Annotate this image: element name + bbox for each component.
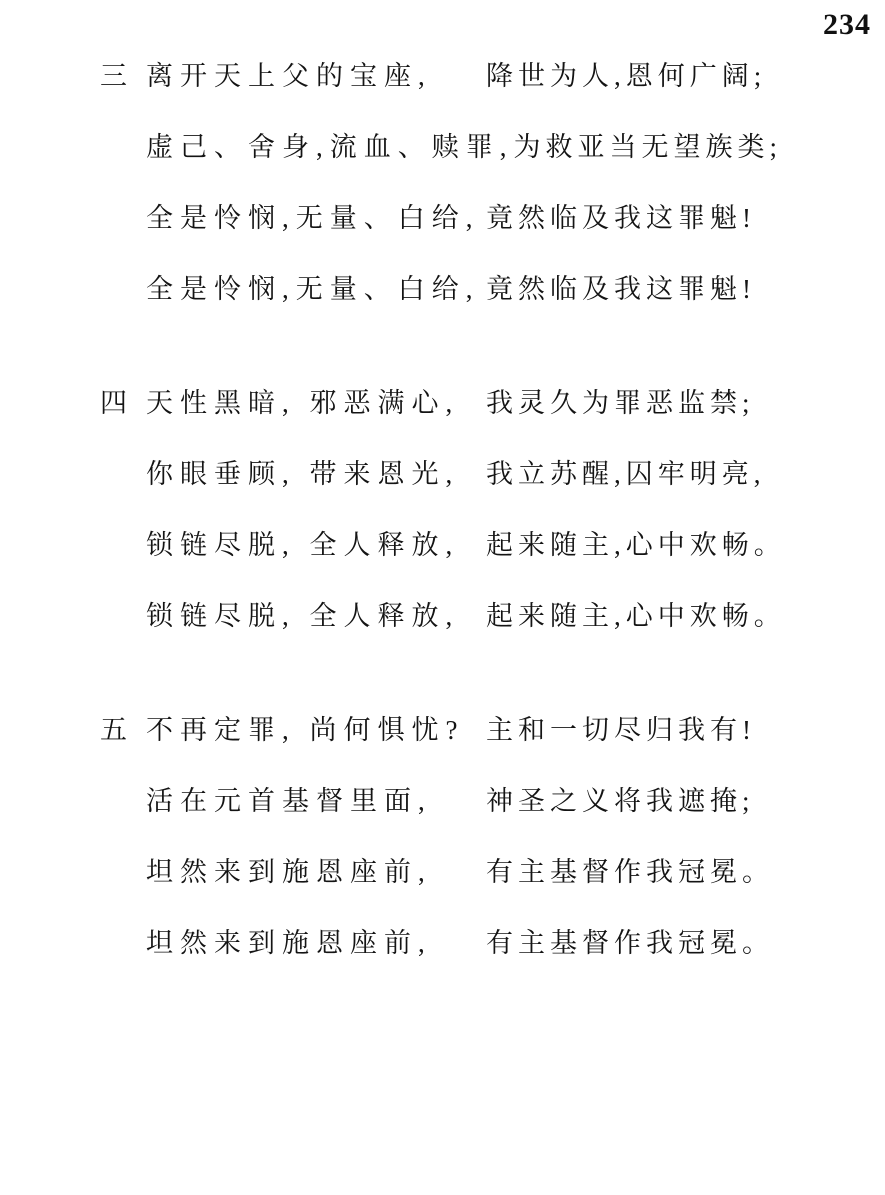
- verse-line: 锁链尽脱, 全人释放, 起来随主,心中欢畅。: [146, 596, 825, 636]
- verse-left-text: 锁链尽脱, 全人释放,: [146, 525, 486, 565]
- verse-right-text: 有主基督作我冠冕。: [486, 852, 825, 892]
- verse-right-text: 我立苏醒,囚牢明亮,: [486, 454, 825, 494]
- verse-right-text: 降世为人,恩何广阔;: [486, 56, 825, 96]
- verse-line: 全是怜悯,无量、白给, 竟然临及我这罪魁!: [146, 269, 825, 309]
- verse-right-text: 我灵久为罪恶监禁;: [486, 383, 825, 423]
- verse-line: 锁链尽脱, 全人释放, 起来随主,心中欢畅。: [146, 525, 825, 596]
- stanza-number: 四: [100, 383, 146, 423]
- verse-left-text: 虚己、舍身,流血、赎罪,: [146, 127, 514, 167]
- verse-left-text: 天性黑暗, 邪恶满心,: [146, 383, 486, 423]
- stanza-lines: 天性黑暗, 邪恶满心, 我灵久为罪恶监禁; 你眼垂顾, 带来恩光, 我立苏醒,囚…: [146, 383, 825, 636]
- stanza-number: 三: [100, 56, 146, 96]
- verse-line: 坦然来到施恩座前, 有主基督作我冠冕。: [146, 923, 825, 963]
- page-number: 234: [823, 8, 871, 42]
- verse-line: 离开天上父的宝座, 降世为人,恩何广阔;: [146, 56, 825, 127]
- verse-line: 不再定罪, 尚何惧忧? 主和一切尽归我有!: [146, 710, 825, 781]
- verse-line: 你眼垂顾, 带来恩光, 我立苏醒,囚牢明亮,: [146, 454, 825, 525]
- verse-left-text: 活在元首基督里面,: [146, 781, 486, 821]
- verse-left-text: 全是怜悯,无量、白给,: [146, 198, 486, 238]
- verse-left-text: 锁链尽脱, 全人释放,: [146, 596, 486, 636]
- verse-right-text: 主和一切尽归我有!: [486, 710, 825, 750]
- verse-left-text: 坦然来到施恩座前,: [146, 923, 486, 963]
- stanza-lines: 不再定罪, 尚何惧忧? 主和一切尽归我有! 活在元首基督里面, 神圣之义将我遮掩…: [146, 710, 825, 963]
- verse-line: 坦然来到施恩座前, 有主基督作我冠冕。: [146, 852, 825, 923]
- stanza-lines: 离开天上父的宝座, 降世为人,恩何广阔; 虚己、舍身,流血、赎罪, 为救亚当无望…: [146, 56, 825, 309]
- stanza-number: 五: [100, 710, 146, 750]
- verse-line: 全是怜悯,无量、白给, 竟然临及我这罪魁!: [146, 198, 825, 269]
- verse-line: 虚己、舍身,流血、赎罪, 为救亚当无望族类;: [146, 127, 825, 198]
- verse-right-text: 起来随主,心中欢畅。: [486, 596, 825, 636]
- verse-right-text: 竟然临及我这罪魁!: [486, 198, 825, 238]
- stanza-3: 三 离开天上父的宝座, 降世为人,恩何广阔; 虚己、舍身,流血、赎罪, 为救亚当…: [100, 56, 825, 309]
- verse-right-text: 为救亚当无望族类;: [514, 127, 826, 167]
- stanza-5: 五 不再定罪, 尚何惧忧? 主和一切尽归我有! 活在元首基督里面, 神圣之义将我…: [100, 710, 825, 963]
- verse-left-text: 坦然来到施恩座前,: [146, 852, 486, 892]
- verse-right-text: 有主基督作我冠冕。: [486, 923, 825, 963]
- verse-line: 活在元首基督里面, 神圣之义将我遮掩;: [146, 781, 825, 852]
- verse-left-text: 全是怜悯,无量、白给,: [146, 269, 486, 309]
- verse-right-text: 起来随主,心中欢畅。: [486, 525, 825, 565]
- verse-right-text: 神圣之义将我遮掩;: [486, 781, 825, 821]
- verse-left-text: 不再定罪, 尚何惧忧?: [146, 710, 486, 750]
- verse-line: 天性黑暗, 邪恶满心, 我灵久为罪恶监禁;: [146, 383, 825, 454]
- verse-left-text: 你眼垂顾, 带来恩光,: [146, 454, 486, 494]
- stanza-4: 四 天性黑暗, 邪恶满心, 我灵久为罪恶监禁; 你眼垂顾, 带来恩光, 我立苏醒…: [100, 383, 825, 636]
- hymn-page: 234 三 离开天上父的宝座, 降世为人,恩何广阔; 虚己、舍身,流血、赎罪, …: [0, 0, 885, 1195]
- verse-right-text: 竟然临及我这罪魁!: [486, 269, 825, 309]
- verse-left-text: 离开天上父的宝座,: [146, 56, 486, 96]
